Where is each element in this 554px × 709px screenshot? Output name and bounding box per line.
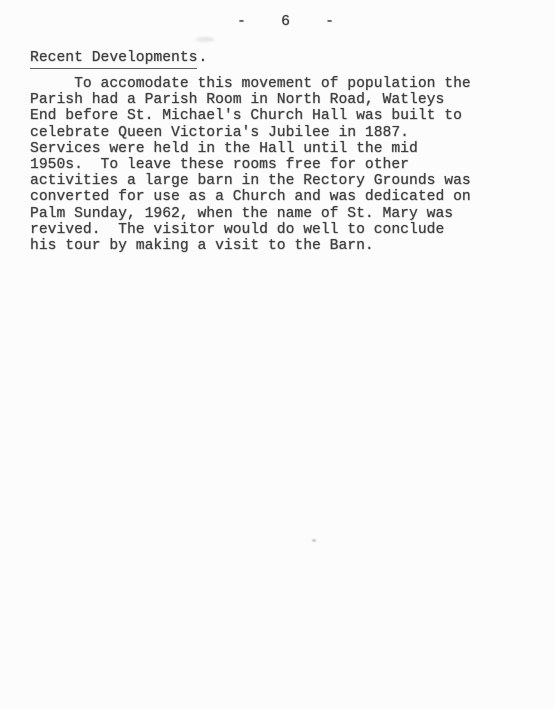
section-heading: Recent Developments. bbox=[30, 50, 207, 66]
section-heading-period: . bbox=[197, 50, 207, 66]
document-page: - 6 - Recent Developments. To accomodate… bbox=[0, 0, 554, 709]
body-paragraph: To accomodate this movement of populatio… bbox=[30, 76, 500, 254]
paper-speck bbox=[312, 539, 316, 542]
paper-smudge bbox=[196, 37, 214, 42]
page-number-header: - 6 - bbox=[237, 14, 334, 30]
section-heading-text: Recent Developments bbox=[30, 50, 197, 69]
